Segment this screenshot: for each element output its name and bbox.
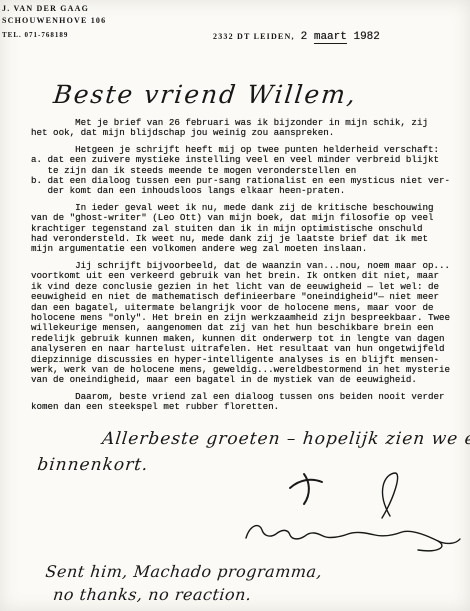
annotation-line-2: no thanks, no reaction. <box>52 583 321 606</box>
paragraph-1: Met je brief van 26 februari was ik bijz… <box>31 118 465 139</box>
scanned-letter-page: J. VAN DER GAAG SCHOUWENHOVE 106 TEL. 07… <box>0 0 470 611</box>
paragraph-3: In ieder geval weet ik nu, mede dank zij… <box>31 203 465 255</box>
signature-scrawl-icon <box>232 470 462 565</box>
letterhead-phone: TEL. 071-768189 <box>2 29 106 41</box>
paragraph-5: Daarom, beste vriend zal een dialoog tus… <box>31 392 465 413</box>
closing-line-1: Allerbeste groeten – hopelijk zien we el… <box>101 426 470 452</box>
paragraph-4: Jij schrijft bijvoorbeeld, dat de waanzi… <box>31 261 465 386</box>
letterhead-name: J. VAN DER GAAG <box>2 3 106 15</box>
letter-body: Met je brief van 26 februari was ik bijz… <box>31 118 465 419</box>
city-postcode: 2332 DT LEIDEN, <box>213 32 295 41</box>
date-year: 1982 <box>347 31 380 43</box>
handwritten-salutation: Beste vriend Willem, <box>52 80 358 109</box>
annotation-line-1: Sent him, Machado programma, <box>44 560 323 583</box>
paragraph-2: Hetgeen je schrijft heeft mij op twee pu… <box>31 145 465 197</box>
letter-date: 2 maart 1982 <box>301 31 380 43</box>
letterhead-address: SCHOUWENHOVE 106 <box>2 15 106 27</box>
date-day: 2 <box>301 31 314 43</box>
dateline: 2332 DT LEIDEN,2 maart 1982 <box>213 26 380 44</box>
signature <box>232 470 462 565</box>
handwritten-annotation: Sent him, Machado programma, no thanks, … <box>42 560 323 606</box>
letterhead: J. VAN DER GAAG SCHOUWENHOVE 106 TEL. 07… <box>2 3 106 41</box>
date-month-underlined: maart <box>314 31 347 44</box>
